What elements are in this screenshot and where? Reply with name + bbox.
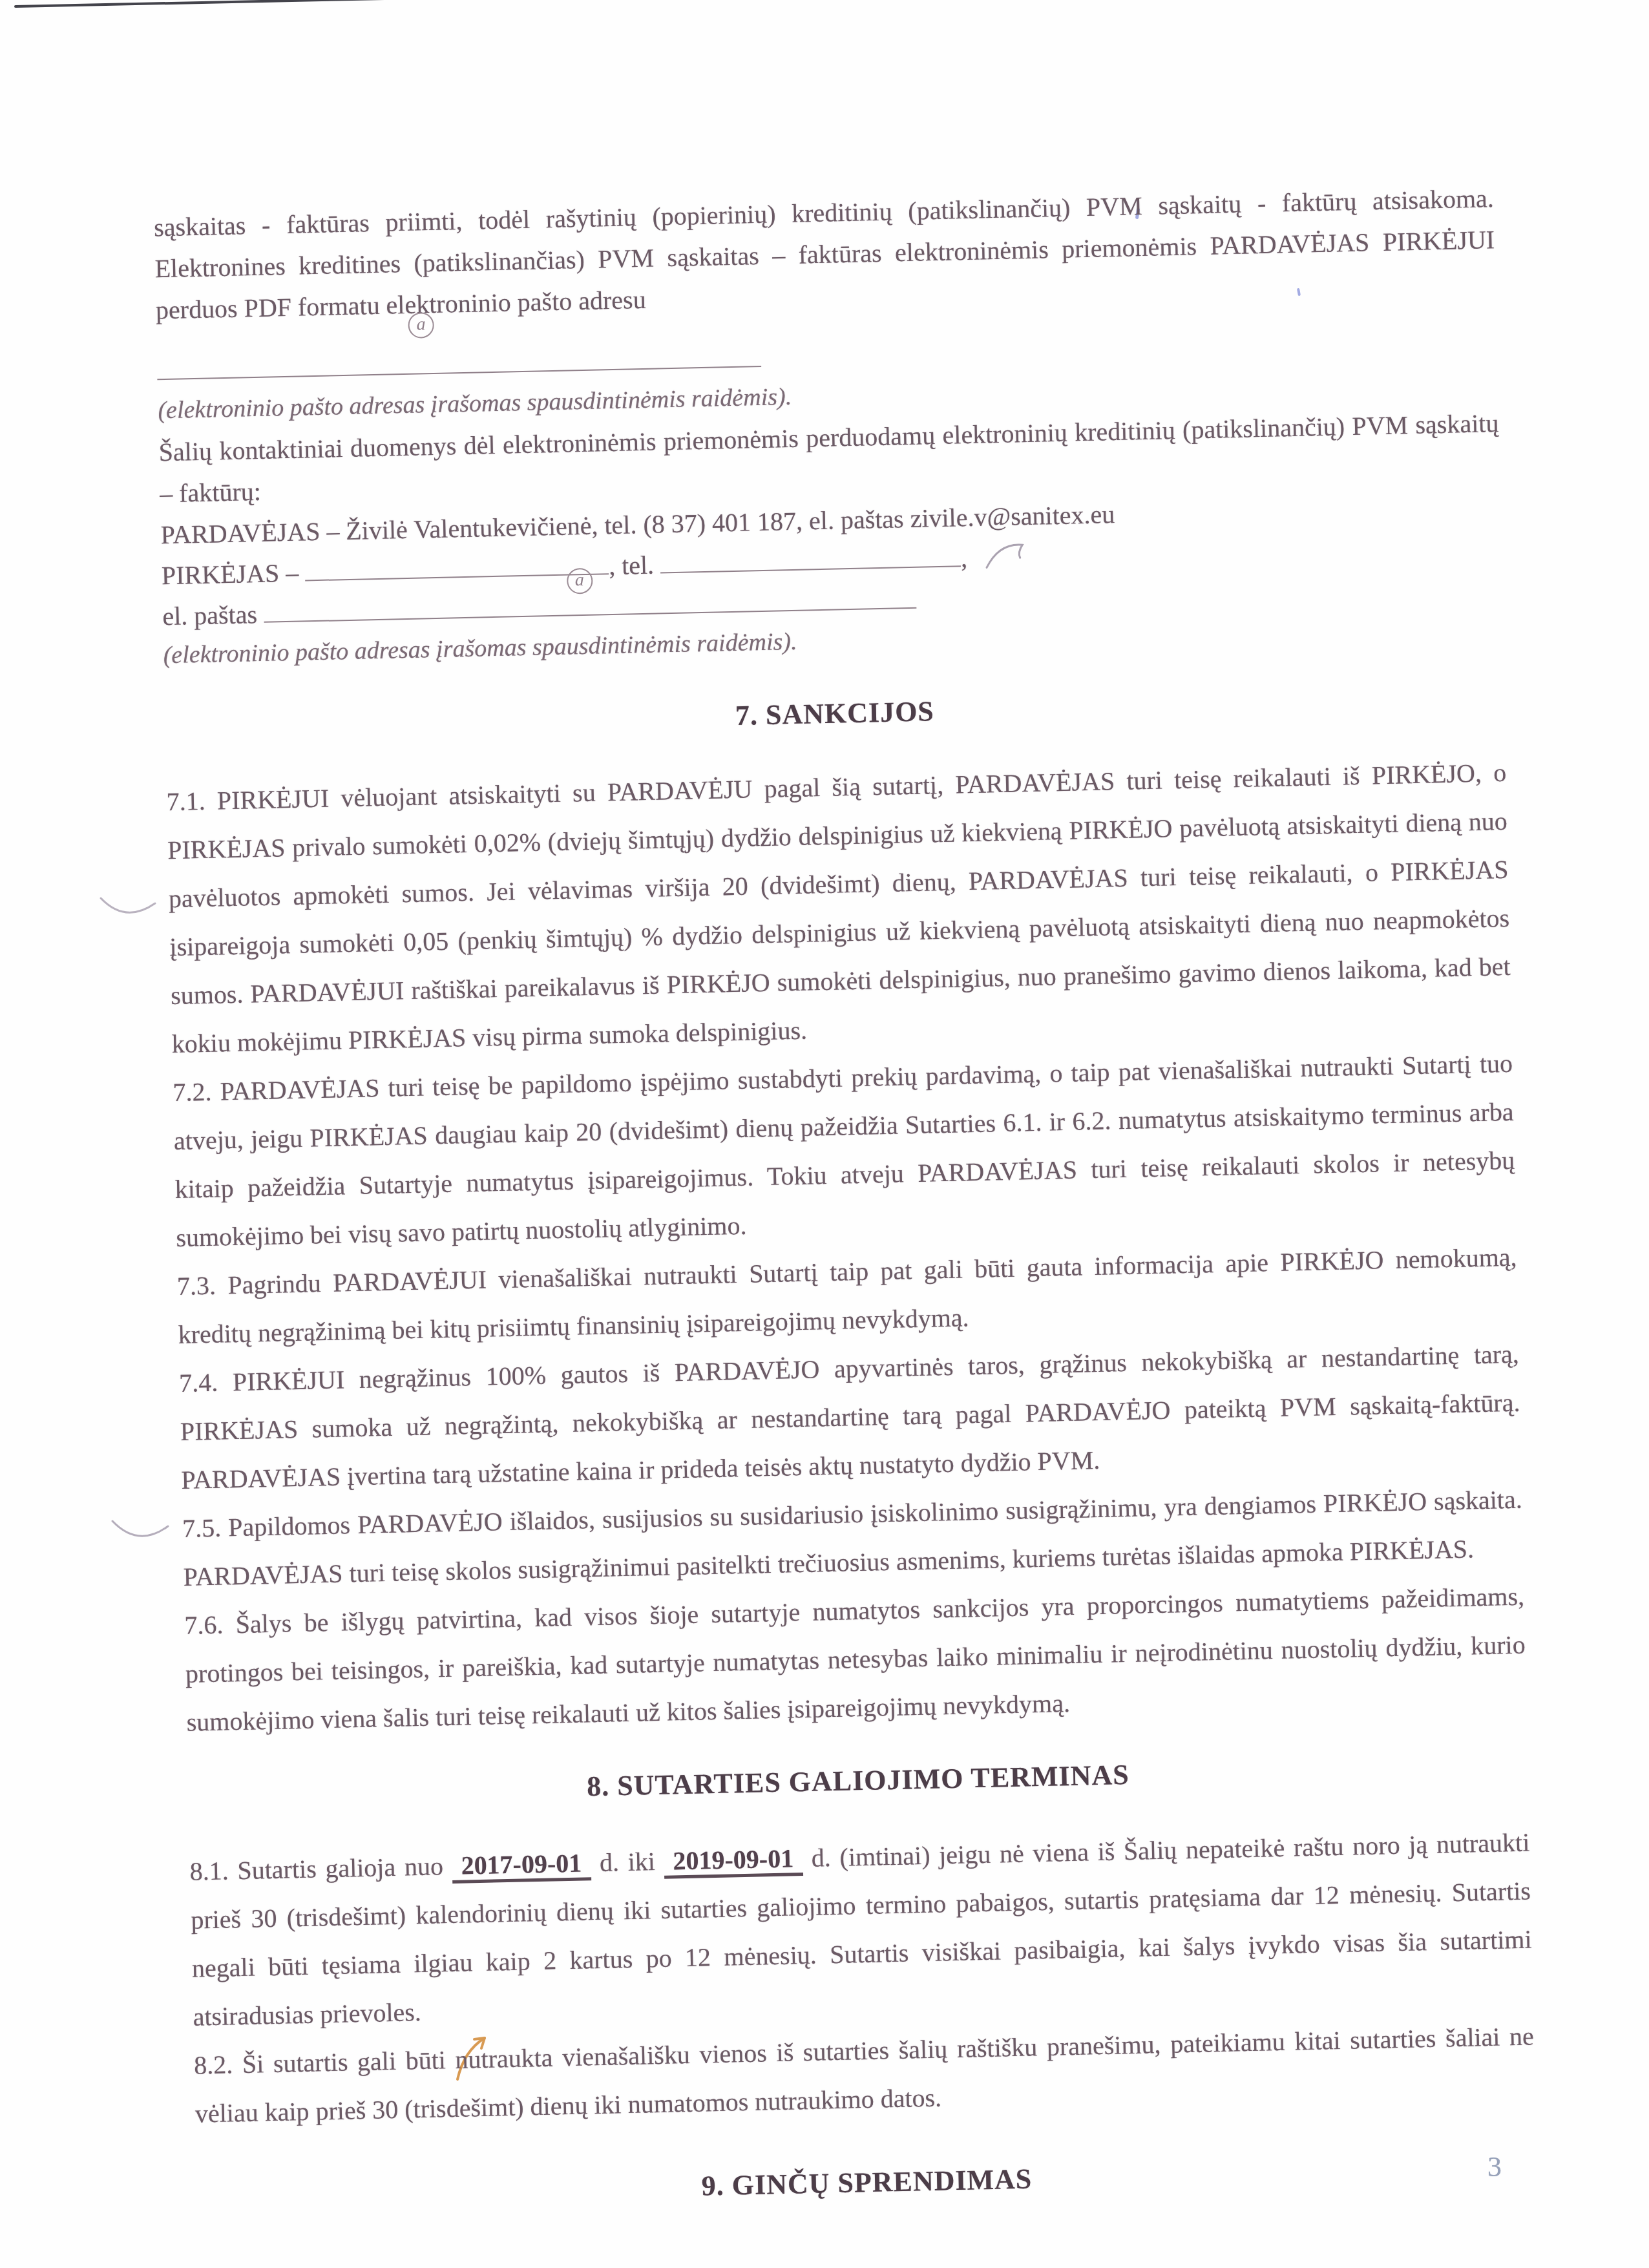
clause-8-1-mid: d. iki xyxy=(591,1847,664,1877)
tel-label: , tel. xyxy=(609,550,661,580)
email-blank-field: a xyxy=(156,328,761,380)
contract-start-date: 2017-09-01 xyxy=(452,1848,591,1884)
clause-7-2: 7.2. PARDAVĖJAS turi teisę be papildomo … xyxy=(173,1039,1517,1262)
clause-7-1: 7.1. PIRKĖJUI vėluojant atsiskaityti su … xyxy=(166,748,1512,1068)
trailing-comma: , xyxy=(960,543,967,572)
email-label: el. paštas xyxy=(162,600,264,631)
clause-7-4: 7.4. PIRKĖJUI negrąžinus 100% gautos iš … xyxy=(178,1330,1521,1504)
buyer-tel-blank xyxy=(660,538,961,573)
section-9-heading: 9. GINČŲ SPRENDIMAS xyxy=(196,2151,1537,2214)
pen-stroke xyxy=(982,538,1042,573)
page-number: 3 xyxy=(1487,2150,1502,2183)
scanned-contract-page: sąskaitas - faktūras priimti, todėl rašy… xyxy=(0,0,1649,2268)
section-7-heading: 7. SANKCIJOS xyxy=(165,682,1506,745)
clause-7-6: 7.6. Šalys be išlygų patvirtina, kad vis… xyxy=(184,1572,1527,1747)
at-symbol-icon: a xyxy=(567,568,593,594)
section-8-heading: 8. SUTARTIES GALIOJIMO TERMINAS xyxy=(188,1750,1529,1812)
document-content: sąskaitas - faktūras priimti, todėl rašy… xyxy=(0,0,1649,2218)
clause-8-1: 8.1. Sutartis galioja nuo 2017-09-01 d. … xyxy=(189,1818,1533,2041)
buyer-label: PIRKĖJAS – xyxy=(161,558,305,590)
contract-end-date: 2019-09-01 xyxy=(664,1843,803,1879)
buyer-name-blank xyxy=(305,546,609,581)
at-symbol-icon: a xyxy=(408,312,434,339)
scan-edge-artifact xyxy=(14,0,399,8)
clause-8-1-text: 8.1. Sutartis galioja nuo xyxy=(189,1851,452,1886)
